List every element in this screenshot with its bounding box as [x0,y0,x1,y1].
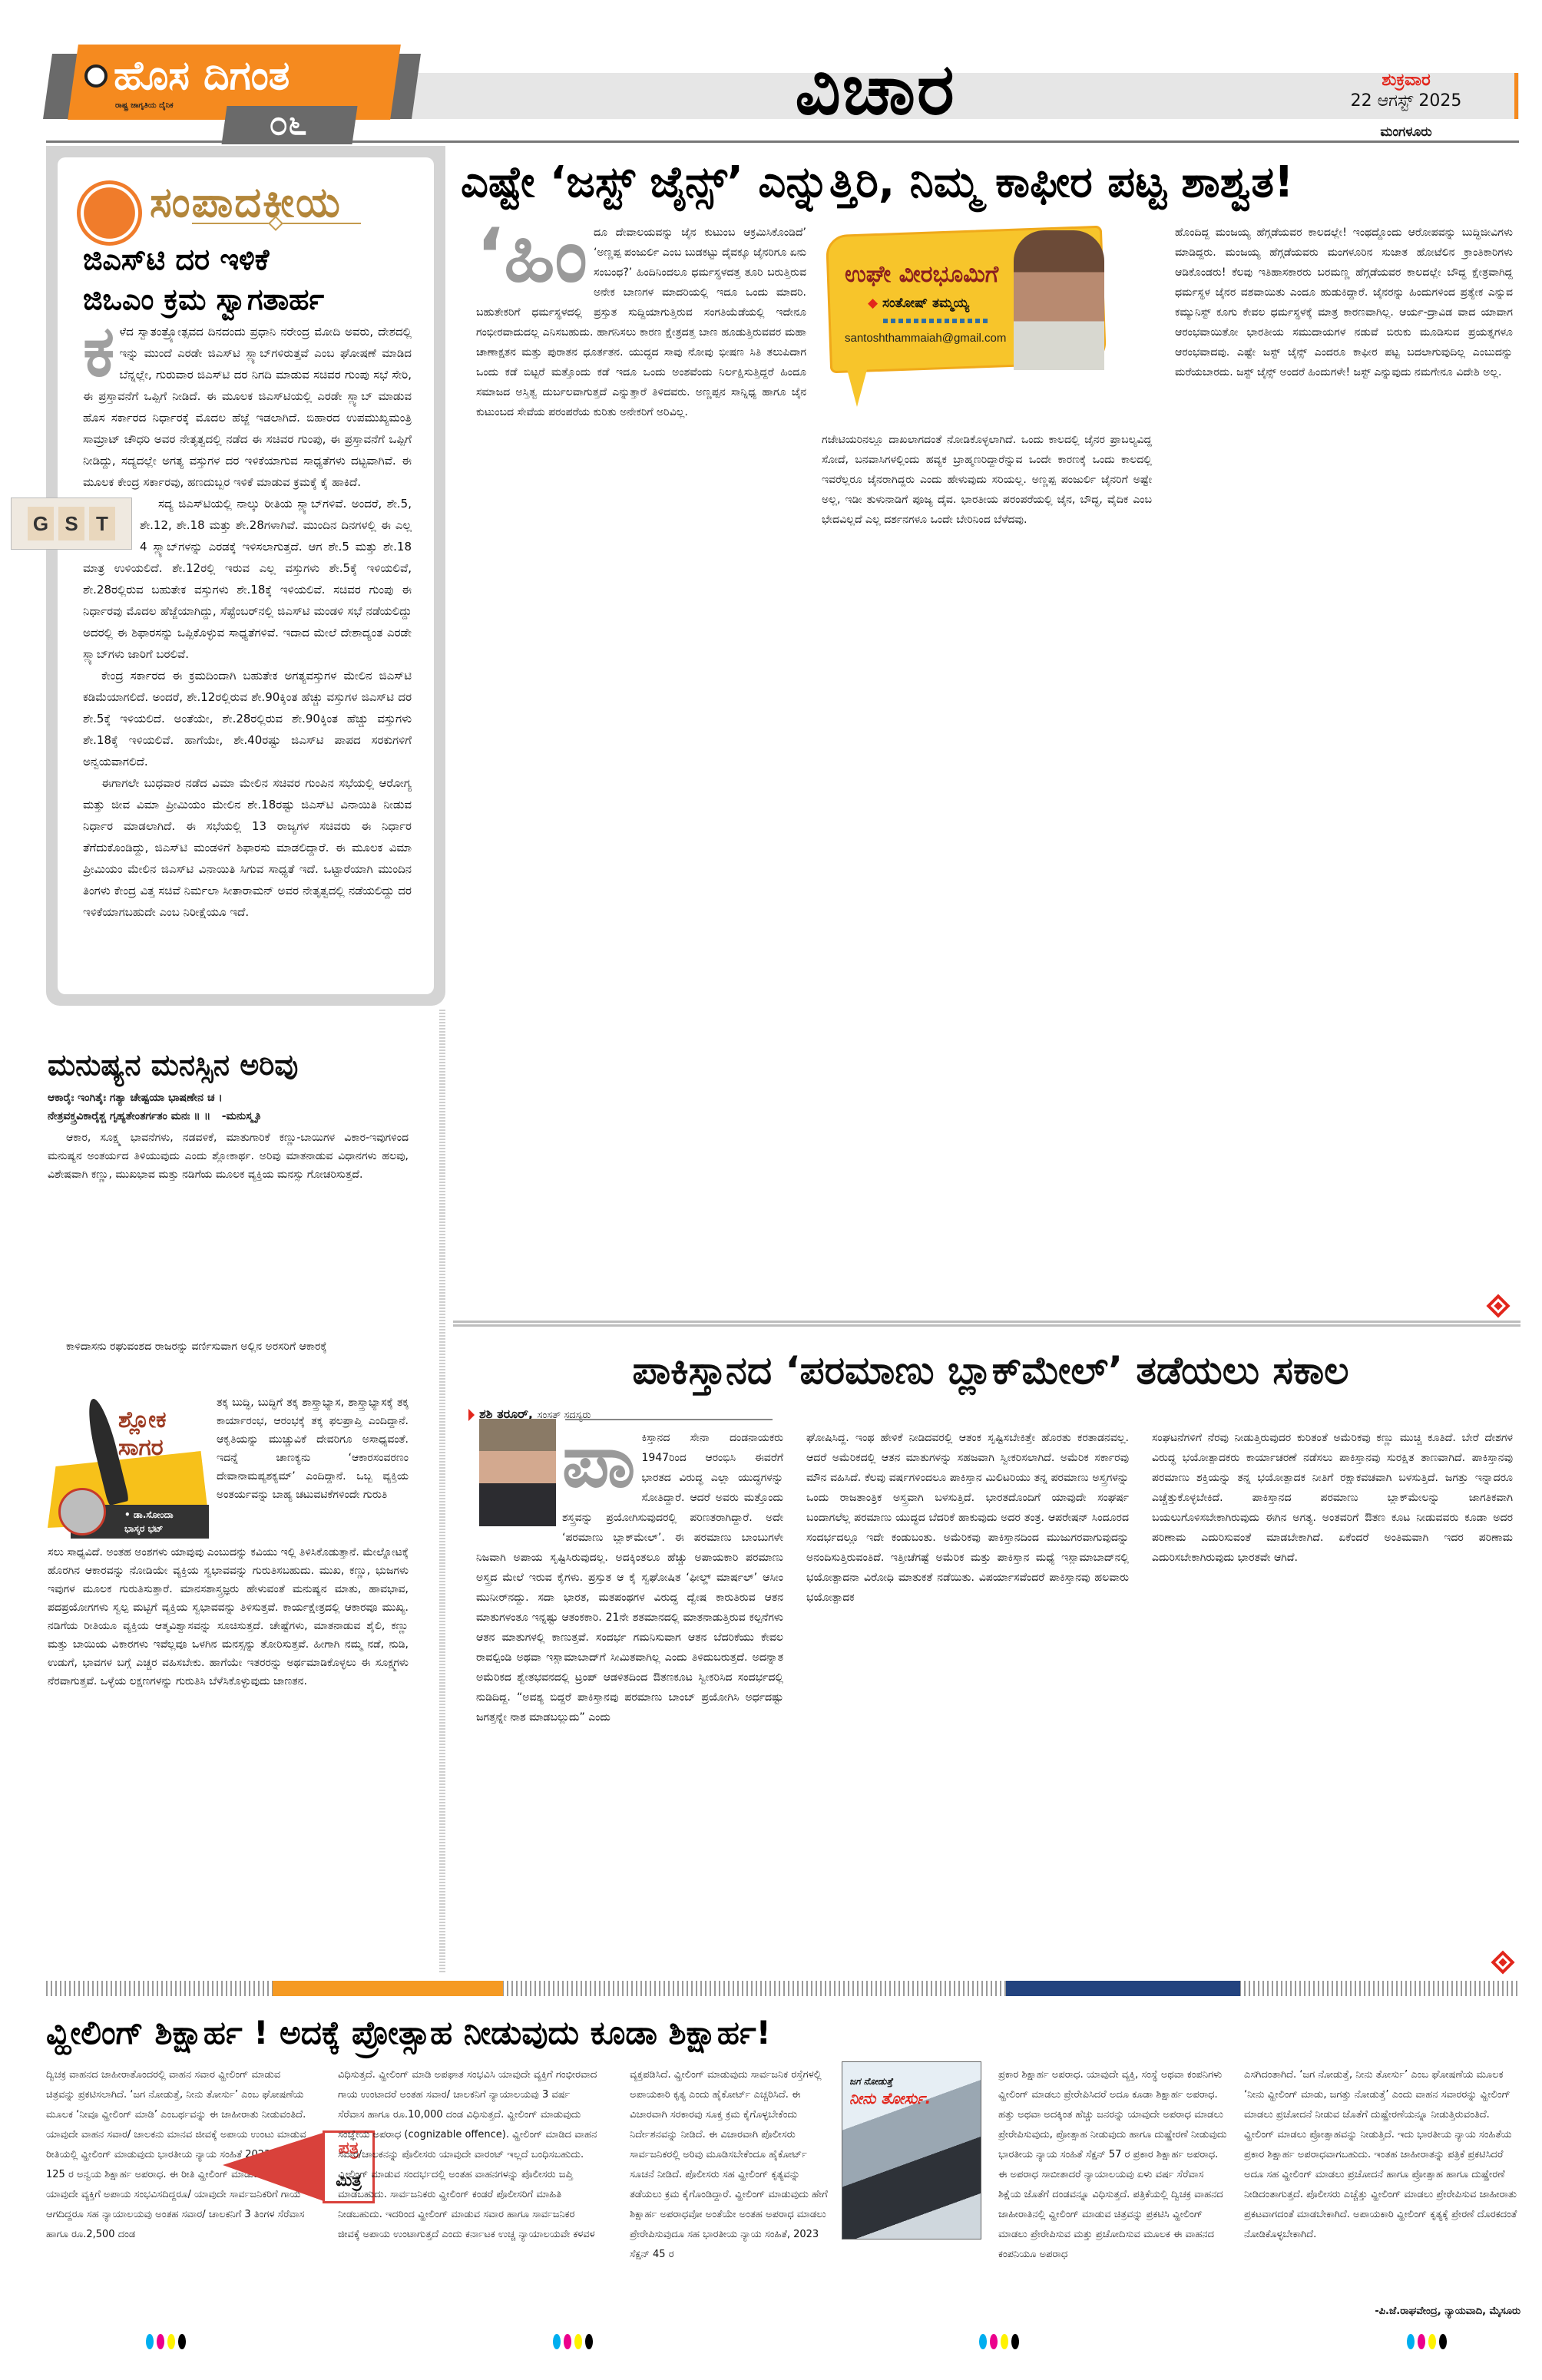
logo-line: ಸಾಗರ [118,1434,210,1462]
date-accent-bar [1514,73,1518,119]
author-name: ಭಾಸ್ಕರ ಭಟ್ [124,1522,209,1535]
article-column-2: ಗಜೇಟಿಯರಿನಲ್ಲೂ ದಾಖಲಾಗದಂತೆ ನೋಡಿಕೊಳ್ಳಲಾಗಿದೆ… [822,430,1152,1297]
verse-source: -ಮನುಸ್ಮೃತಿ [222,1110,261,1122]
print-registration-marks [553,2334,593,2349]
byline-marker-icon [468,1409,475,1421]
letter-signature: -ಪಿ.ಜೆ.ರಾಘವೇಂದ್ರ, ನ್ಯಾಯವಾದಿ, ಮೈಸೂರು [1290,2302,1520,2323]
emblem-icon [84,64,108,88]
article-headline[interactable]: ಎಷ್ಟೇ ‘ಜಸ್ಟ್ ಜೈನ್ಸ್’ ಎನ್ನುತ್ತಿರಿ, ನಿಮ್ಮ … [461,152,1520,213]
date-value: 22 ಆಗಸ್ಟ್ 2025 [1305,91,1507,111]
editorial-headline[interactable]: ಜಿಎಸ್‌ಟಿ ದರ ಇಳಿಕೆ ಜಿಒಎಂ ಕ್ರಮ ಸ್ವಾಗತಾರ್ಹ [83,240,413,319]
magenta-dot [990,2334,998,2349]
shloka-body: ಆಕಾರ, ಸೂಕ್ಷ್ಮ ಭಾವನೆಗಳು, ನಡವಳಿಕೆ, ಮಾತುಗಾರ… [48,1129,409,1356]
byline-rule [565,1419,773,1420]
gst-tile: S [58,507,84,540]
page-number: ೦೬ [230,104,346,143]
slogan-line: ಜಗ ನೋಡುತ್ತೆ [849,2073,965,2090]
slogan-line: ನೀನು ತೋರ್ಸು. [849,2089,931,2107]
article-column-3: ಹೊಂದಿದ್ದ ಮಂಜಯ್ಯ ಹೆಗ್ಗಡೆಯವರ ಕಾಲದಲ್ಲೇ! ಇಂಥ… [1175,223,1513,1297]
editorial-text: ಸದ್ಯ ಜಿಎಸ್‌ಟಿಯಲ್ಲಿ ನಾಲ್ಕು ರೀತಿಯ ಸ್ಲ್ಯಾಬ್… [83,497,412,661]
article-headline[interactable]: ಪಾಕಿಸ್ತಾನದ ‘ಪರಮಾಣು ಬ್ಲಾಕ್‌ಮೇಲ್’ ತಡೆಯಲು ಸ… [461,1340,1520,1401]
column-separator [439,1010,445,1973]
shloka-sagara-title: ಶ್ಲೋಕ ಸಾಗರ [118,1407,210,1462]
photo-spacer [476,1428,562,1535]
shloka-paragraph: ಕಾಳಿದಾಸನು ರಘುವಂಶದ ರಾಜರನ್ನು ವರ್ಣಿಸುವಾಗ ಅಲ… [48,1337,409,1356]
gst-tile: T [89,507,115,540]
yellow-dot [167,2334,175,2349]
shloka-sagara-logo: ಶ್ಲೋಕ ಸಾಗರ • ಡಾ.ಸೋಂದಾ ಭಾಸ್ಕರ ಭಟ್ [48,1397,209,1539]
article-column-2: ಘೋಷಿಸಿದ್ದ. ಇಂಥ ಹೇಳಿಕೆ ನೀಡಿದವರಲ್ಲಿ ಆತಂಕ ಸ… [806,1428,1129,1996]
dateline: ಶುಕ್ರವಾರ 22 ಆಗಸ್ಟ್ 2025 ಮಂಗಳೂರು [1305,71,1507,140]
letter-column-4: ಪ್ರಕಾರ ಶಿಕ್ಷಾರ್ಹ ಅಪರಾಧ. ಯಾವುದೇ ವ್ಯಕ್ತಿ, … [998,2065,1229,2319]
verse-text: ನೇತ್ರವಕ್ತ್ರವಿಕಾರೈಶ್ಚ ಗೃಹ್ಯತೇಂತರ್ಗತಂ ಮನಃ … [48,1110,210,1122]
shloka-body-continued: ಸಲು ಸಾಧ್ಯವಿದೆ. ಅಂತಹ ಅಂಶಗಳು ಯಾವುವು ಎಂಬುದನ… [48,1543,409,1691]
editorial-text: ಕೇಂದ್ರ ಸರ್ಕಾರದ ಈ ಕ್ರಮದಿಂದಾಗಿ ಬಹುತೇಕ ಅಗತ್… [83,669,412,769]
strip-blue-block [1006,1981,1240,1996]
paper-name: ಹೊಸ ದಿಗಂತ [114,49,290,103]
magenta-dot [157,2334,164,2349]
article-column-1: ಪಾ ಕಿಸ್ತಾನದ ಸೇನಾ ದಂಡನಾಯಕರು 1947ರಿಂದ ಆರಂಭ… [476,1428,783,1996]
author-text: ಸಂತೋಷ್ ತಮ್ಮಯ್ಯ [882,296,969,311]
verse-line: ಆಕಾರೈಃ ಇಂಗಿತೈಃ ಗತ್ಯಾ ಚೇಷ್ಟಯಾ ಭಾಷಣೇನ ಚ । [48,1089,409,1107]
black-dot [1439,2334,1447,2349]
cyan-dot [1407,2334,1415,2349]
editorial-label: ಸಂಪಾದಕೀಯ [150,178,342,227]
shloka-paragraph: ಆಕಾರ, ಸೂಕ್ಷ್ಮ ಭಾವನೆಗಳು, ನಡವಳಿಕೆ, ಮಾತುಗಾರ… [48,1129,409,1184]
cyan-dot [979,2334,987,2349]
print-registration-marks [1407,2334,1447,2349]
date-day: ಶುಕ್ರವಾರ [1305,71,1507,90]
shloka-wrap-text: ತಕ್ಕ ಬುದ್ಧಿ, ಬುದ್ಧಿಗೆ ತಕ್ಕ ಶಾಸ್ತ್ರಾಭ್ಯಾಸ… [217,1393,409,1504]
masthead: ಹೊಸ ದಿಗಂತ ರಾಷ್ಟ್ರ ಜಾಗೃತಿಯ ದೈನಿಕ ೦೬ ವಿಚಾರ… [0,0,1542,154]
magenta-dot [1418,2334,1425,2349]
columnist-photo [1014,230,1104,370]
dropcap: ‘ಹಿಂ [476,223,587,289]
print-registration-marks [979,2334,1019,2349]
print-registration-marks [146,2334,186,2349]
editorial-paragraph: G S T ಸದ್ಯ ಜಿಎಸ್‌ಟಿಯಲ್ಲಿ ನಾಲ್ಕು ರೀತಿಯ ಸ್… [83,493,412,665]
article-column-1: ‘ಹಿಂ ದೂ ದೇವಾಲಯವನ್ನು ಜೈನ ಕುಟುಂಬ ಆಕ್ರಮಿಸಿಕ… [476,223,806,1297]
ad-slogan: ಜಗ ನೋಡುತ್ತೆ ನೀನು ತೋರ್ಸು. [849,2073,965,2107]
paper-logo[interactable]: ಹೊಸ ದಿಗಂತ [84,49,392,103]
dropcap: ಕ [83,321,114,382]
column-name: ಉಘೇ ವೀರಭೂಮಿಗೆ [845,261,998,288]
section-title: ವಿಚಾರ [753,48,998,132]
editorial-paragraph: ಕ ಳೆದ ಸ್ವಾತಂತ್ರ್ಯೋತ್ಸವದ ದಿನದಂದು ಪ್ರಧಾನಿ … [83,321,412,493]
verse-line: ನೇತ್ರವಕ್ತ್ರವಿಕಾರೈಶ್ಚ ಗೃಹ್ಯತೇಂತರ್ಗತಂ ಮನಃ … [48,1107,409,1126]
yellow-dot [1001,2334,1008,2349]
dotted-ornament [883,319,991,323]
gst-image: G S T [11,497,132,550]
paper-tagline: ರಾಷ್ಟ್ರ ಜಾಗೃತಿಯ ದೈನಿಕ [115,101,174,110]
yellow-dot [574,2334,582,2349]
black-dot [585,2334,593,2349]
cyan-dot [146,2334,154,2349]
paper-plane-icon [223,2130,330,2203]
editorial-emblem-icon [77,180,142,246]
magenta-dot [564,2334,571,2349]
letter-column-2: ವಿಧಿಸುತ್ತದೆ. ವ್ಹೀಲಿಂಗ್ ಮಾಡಿ ಅಪಘಾತ ಸಂಭವಿಸ… [338,2065,599,2319]
editorial-headline-line2: ಜಿಒಎಂ ಕ್ರಮ ಸ್ವಾಗತಾರ್ಹ [83,283,324,316]
dropcap: ಪಾ [562,1428,635,1494]
columnist-name: ◆ ಸಂತೋಷ್ ತಮ್ಮಯ್ಯ [868,296,969,311]
letter-column-3: ವ್ಯಕ್ತಪಡಿಸಿದೆ. ವ್ಹೀಲಿಂಗ್ ಮಾಡುವುದು ಸಾರ್ವಜ… [630,2065,829,2319]
bullet-icon: ◆ [868,296,878,311]
decorative-strip [46,1981,1520,1996]
editorial-text: ಈಗಾಗಲೇ ಬುಧವಾರ ನಡೆದ ವಿಮಾ ಮೇಲಿನ ಸಚಿವರ ಗುಂಪ… [83,776,412,919]
author-name: • ಡಾ.ಸೋಂದಾ [124,1508,209,1522]
end-of-article-icon [1486,1294,1510,1317]
author-avatar [58,1488,106,1535]
columnist-email[interactable]: santoshthammaiah@gmail.com [845,332,1006,345]
editorial-body: ಕ ಳೆದ ಸ್ವಾತಂತ್ರ್ಯೋತ್ಸವದ ದಿನದಂದು ಪ್ರಧಾನಿ … [83,321,412,923]
gst-tile: G [28,507,54,540]
article-column-3: ಸಂಘಟನೆಗಳಿಗೆ ನೆರವು ನೀಡುತ್ತಿರುವುದರ ಕುರಿತಂತ… [1152,1428,1513,1981]
shloka-title[interactable]: ಮನುಷ್ಯನ ಮನಸ್ಸಿನ ಅರಿವು [48,1048,298,1083]
editorial-headline-line1: ಜಿಎಸ್‌ಟಿ ದರ ಇಳಿಕೆ [83,243,269,276]
letters-headline[interactable]: ವ್ಹೀಲಿಂಗ್ ಶಿಕ್ಷಾರ್ಹ ! ಅದಕ್ಕೆ ಪ್ರೋತ್ಸಾಹ ನ… [46,2010,771,2056]
cyan-dot [553,2334,561,2349]
section-divider [453,1321,1520,1327]
editorial-paragraph: ಕೇಂದ್ರ ಸರ್ಕಾರದ ಈ ಕ್ರಮದಿಂದಾಗಿ ಬಹುತೇಕ ಅಗತ್… [83,665,412,772]
card-pointer [845,361,869,407]
edition-city: ಮಂಗಳೂರು [1305,124,1507,140]
logo-line: ಶ್ಲೋಕ [118,1407,210,1434]
letter-column-5: ಎಸಗಿದಂತಾಗಿದೆ. ‘ಜಗ ನೋಡುತ್ತೆ, ನೀನು ತೋರ್ಸು’… [1244,2065,1520,2303]
editorial-text: ಳೆದ ಸ್ವಾತಂತ್ರ್ಯೋತ್ಸವದ ದಿನದಂದು ಪ್ರಧಾನಿ ನರ… [83,325,412,489]
black-dot [178,2334,186,2349]
yellow-dot [1428,2334,1436,2349]
black-dot [1011,2334,1019,2349]
editorial-paragraph: ಈಗಾಗಲೇ ಬುಧವಾರ ನಡೆದ ವಿಮಾ ಮೇಲಿನ ಸಚಿವರ ಗುಂಪ… [83,772,412,923]
shloka-verse: ಆಕಾರೈಃ ಇಂಗಿತೈಃ ಗತ್ಯಾ ಚೇಷ್ಟಯಾ ಭಾಷಣೇನ ಚ । … [48,1089,409,1126]
strip-orange-block [273,1981,503,1996]
